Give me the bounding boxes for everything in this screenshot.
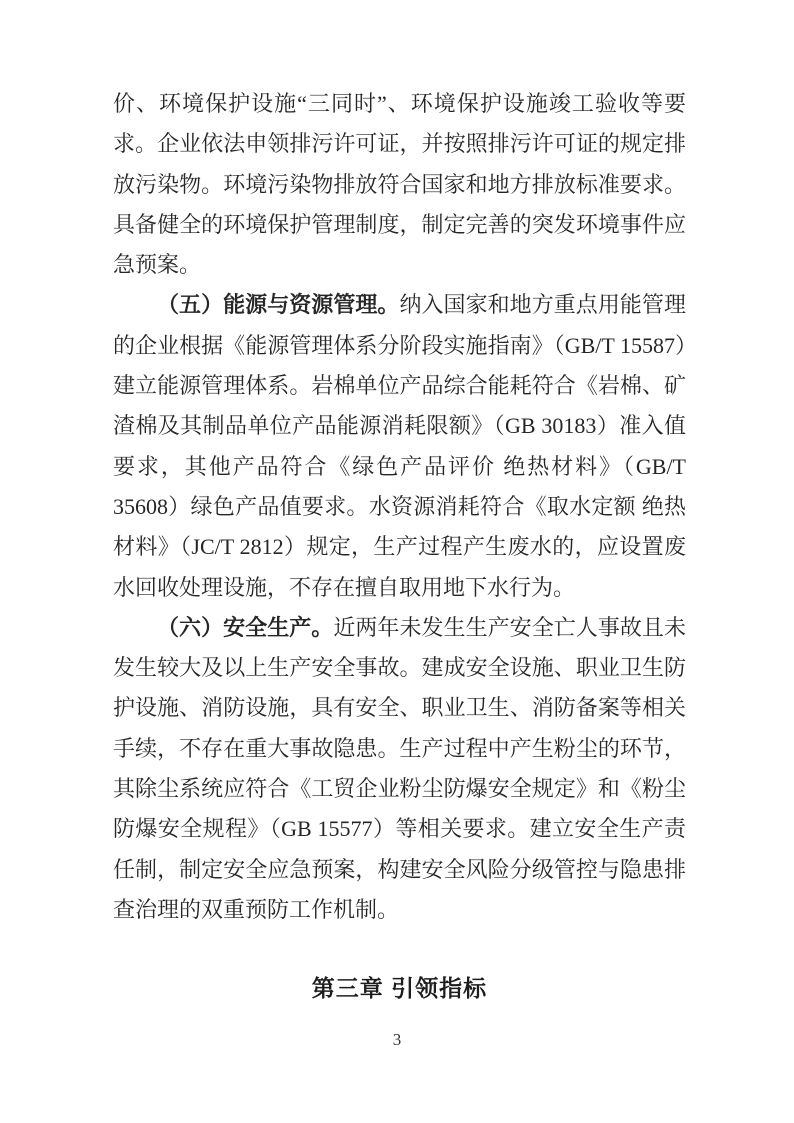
paragraph-lead-label: （五）能源与资源管理。 [157,292,399,317]
paragraph-text: 近两年未发生生产安全亡人事故且未发生较大及以上生产安全事故。建成安全设施、职业卫… [113,615,686,922]
paragraph-energy-resource-management: （五）能源与资源管理。纳入国家和地方重点用能管理的企业根据《能源管理体系分阶段实… [113,285,686,607]
paragraph-text: 纳入国家和地方重点用能管理的企业根据《能源管理体系分阶段实施指南》（GB/T 1… [113,292,686,599]
paragraph-text: 价、环境保护设施“三同时”、环境保护设施竣工验收等要求。企业依法申领排污许可证，… [113,91,686,277]
document-body: 价、环境保护设施“三同时”、环境保护设施竣工验收等要求。企业依法申领排污许可证，… [113,84,686,1009]
document-page: 价、环境保护设施“三同时”、环境保护设施竣工验收等要求。企业依法申领排污许可证，… [0,0,794,1123]
paragraph-lead-label: （六）安全生产。 [157,615,333,640]
paragraph-environment-continued: 价、环境保护设施“三同时”、环境保护设施竣工验收等要求。企业依法申领排污许可证，… [113,84,686,285]
page-number: 3 [0,1030,794,1050]
paragraph-safety-production: （六）安全生产。近两年未发生生产安全亡人事故且未发生较大及以上生产安全事故。建成… [113,608,686,930]
chapter-heading: 第三章 引领指标 [113,968,686,1008]
